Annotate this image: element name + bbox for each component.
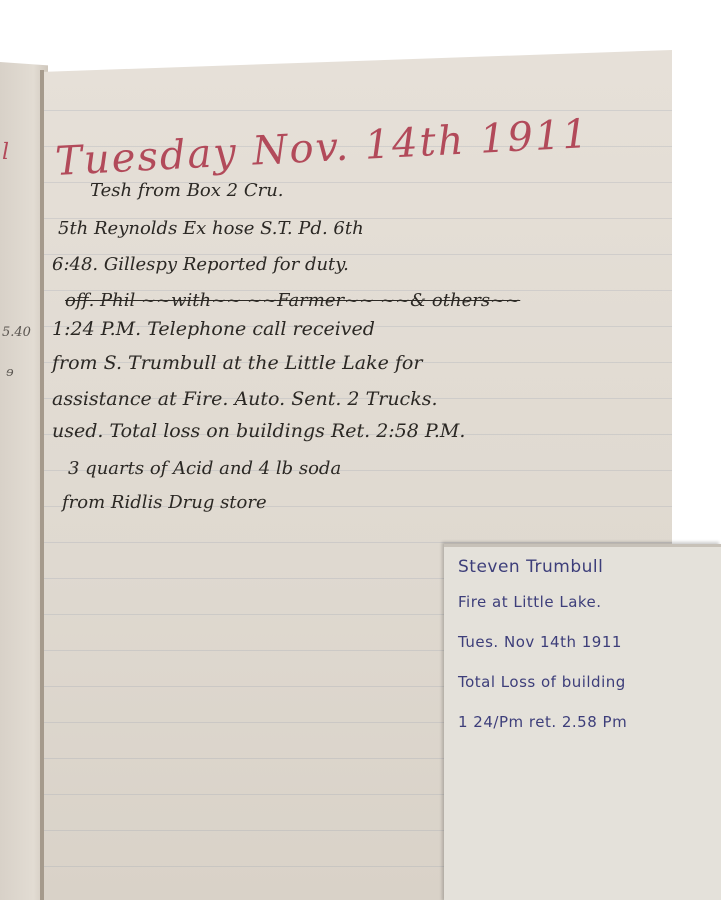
entry-line: 3 quarts of Acid and 4 lb soda <box>68 458 341 479</box>
entry-line: from S. Trumbull at the Little Lake for <box>52 352 422 374</box>
note-line: Steven Trumbull <box>458 557 603 577</box>
entry-line-struck: off. Phil ~~with~~ ~~Farmer~~ ~~& others… <box>65 290 520 311</box>
entry-line: used. Total loss on buildings Ret. 2:58 … <box>52 420 465 442</box>
entry-line: 5th Reynolds Ex hose S.T. Pd. 6th <box>58 218 364 239</box>
entry-line: Tesh from Box 2 Cru. <box>90 180 284 201</box>
note-line: Tues. Nov 14th 1911 <box>458 633 622 651</box>
note-line: Total Loss of building <box>458 673 626 691</box>
left-page-fragment: l <box>2 140 9 165</box>
transcription-note-card: Steven Trumbull Fire at Little Lake. Tue… <box>444 544 721 900</box>
book-spine <box>40 70 44 900</box>
left-page-fragment: 5.40 <box>2 325 31 340</box>
entry-line: 1:24 P.M. Telephone call received <box>52 318 375 340</box>
left-page-fragment: ɘ <box>6 365 14 380</box>
ruled-line <box>44 542 672 543</box>
note-line: 1 24/Pm ret. 2.58 Pm <box>458 713 627 731</box>
entry-line: from Ridlis Drug store <box>62 492 267 513</box>
note-line: Fire at Little Lake. <box>458 593 602 611</box>
entry-line: 6:48. Gillespy Reported for duty. <box>52 254 349 275</box>
entry-line: assistance at Fire. Auto. Sent. 2 Trucks… <box>52 388 438 410</box>
